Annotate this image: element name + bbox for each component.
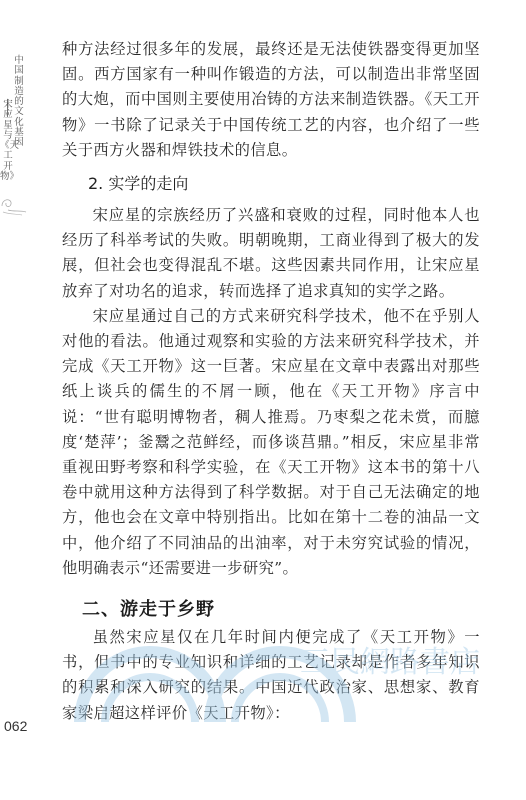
paragraph-continued: 种方法经过很多年的发展，最终还是无法使铁器变得更加坚固。西方国家有一种叫作锻造的…	[62, 37, 480, 163]
running-head-subtitle: 宋应星与《天工开物》	[0, 100, 16, 182]
page-body: 种方法经过很多年的发展，最终还是无法使铁器变得更加坚固。西方国家有一种叫作锻造的…	[62, 37, 480, 726]
section-heading: 二、游走于乡野	[62, 595, 480, 625]
page-number: 062	[4, 718, 27, 734]
paragraph: 宋应星通过自己的方式来研究科学技术，他不在乎别人对他的看法。他通过观察和实验的方…	[62, 304, 480, 581]
cloud-ornament-icon	[0, 192, 30, 218]
subsection-heading: 2. 实学的走向	[62, 169, 480, 199]
paragraph: 虽然宋应星仅在几年时间内便完成了《天工开物》一书，但书中的专业知识和详细的工艺记…	[62, 625, 480, 726]
paragraph: 宋应星的宗族经历了兴盛和衰败的过程，同时他本人也经历了科举考试的失败。明朝晚期，…	[62, 203, 480, 304]
